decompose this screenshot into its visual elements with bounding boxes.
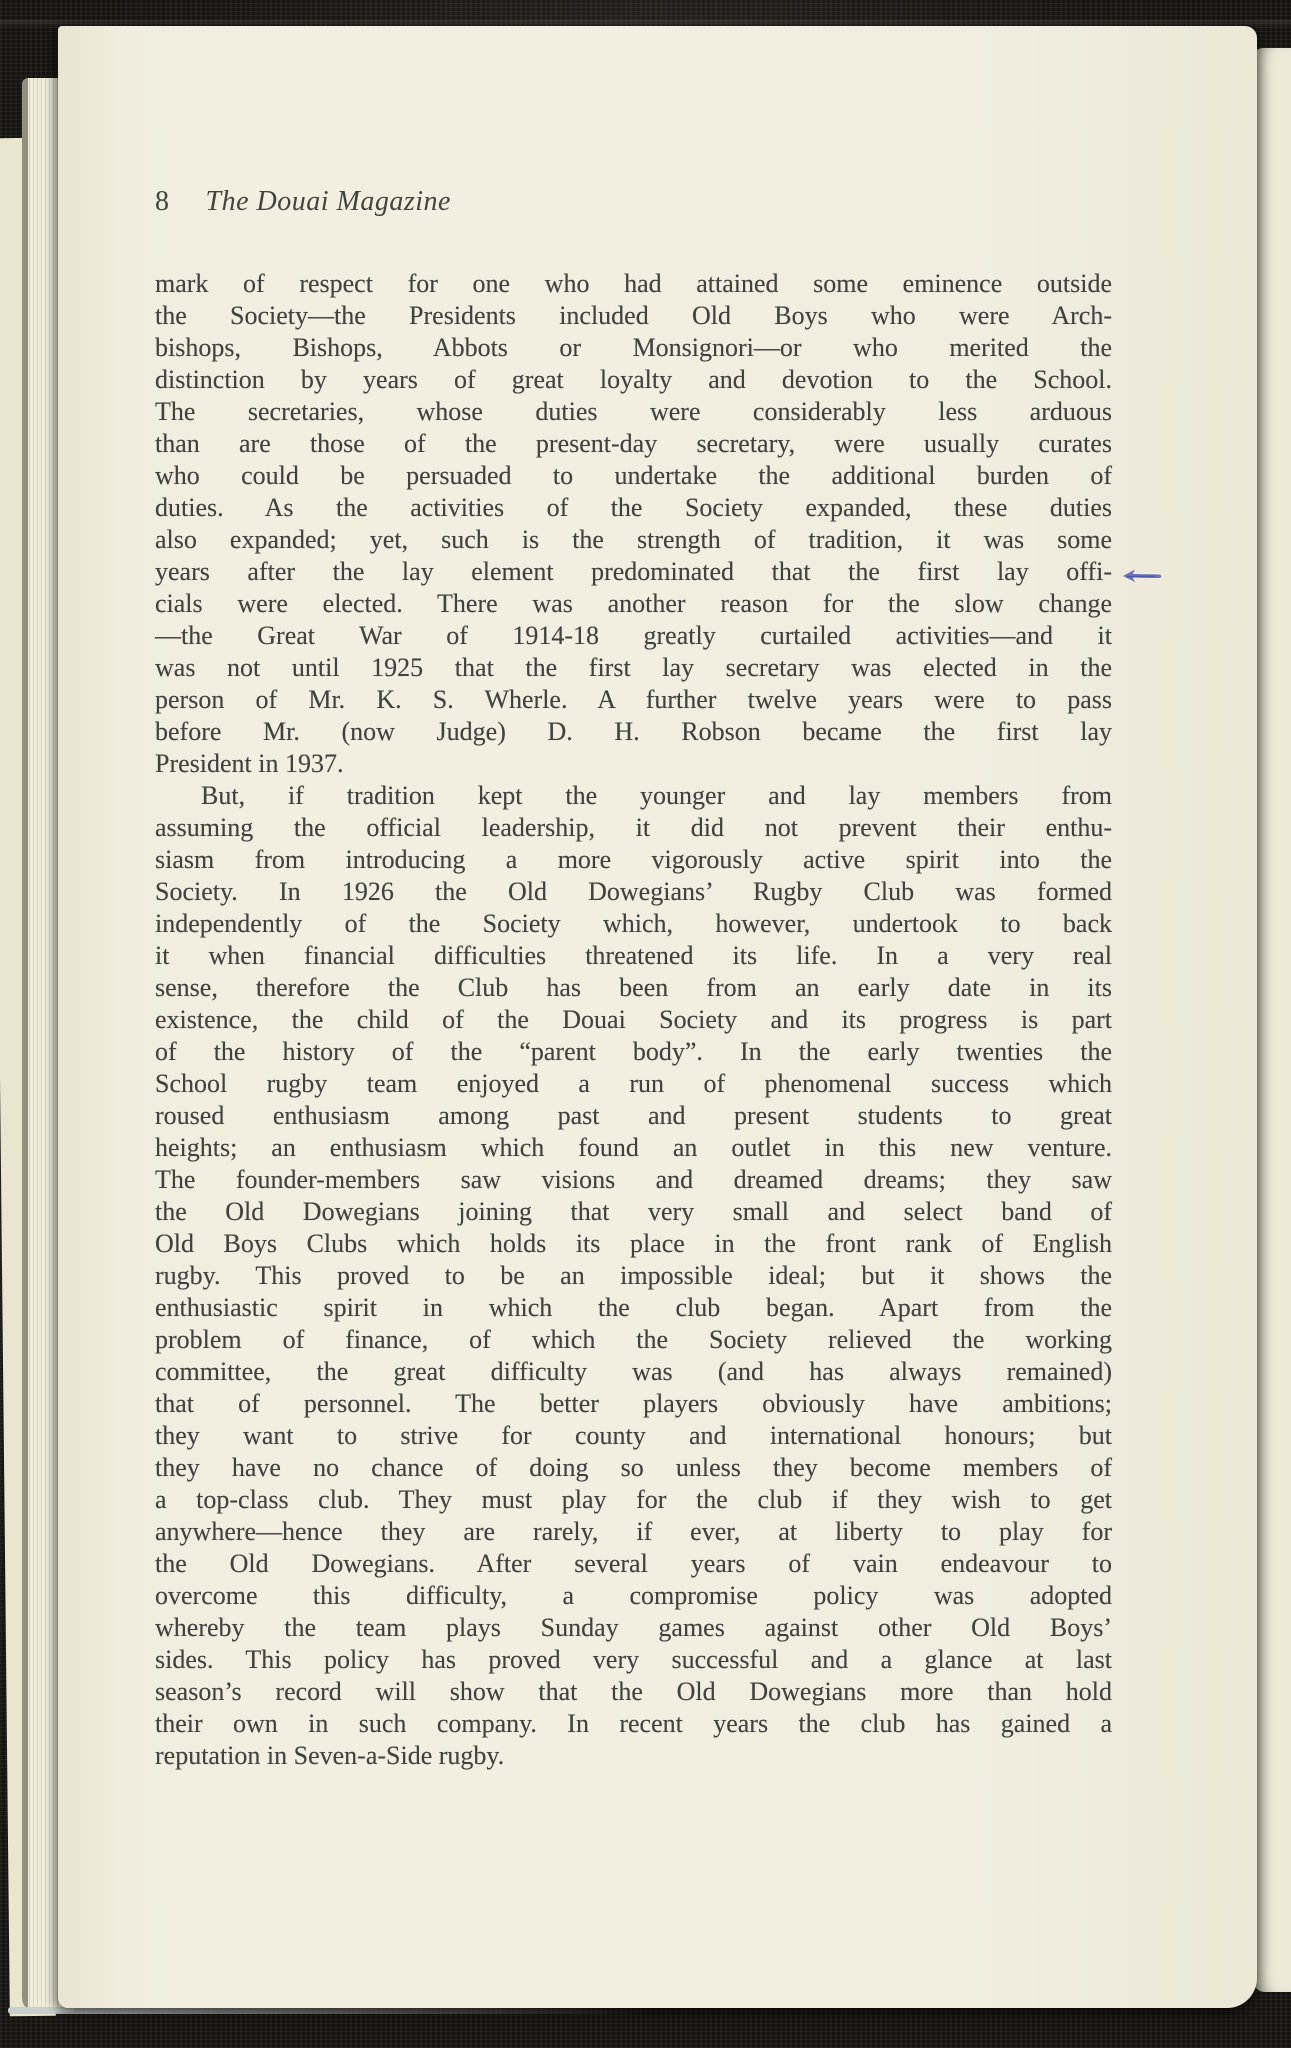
text-line: rugby. This proved to be an impossible i… xyxy=(155,1260,1112,1292)
page-body-text: mark of respect for one who had attained… xyxy=(155,268,1112,1772)
text-line: roused enthusiasm among past and present… xyxy=(155,1100,1112,1132)
text-line: person of Mr. K. S. Wherle. A further tw… xyxy=(155,684,1112,716)
text-line: Old Boys Clubs which holds its place in … xyxy=(155,1228,1112,1260)
text-line: it when financial difficulties threatene… xyxy=(155,940,1112,972)
text-line: sense, therefore the Club has been from … xyxy=(155,972,1112,1004)
text-line: they have no chance of doing so unless t… xyxy=(155,1452,1112,1484)
book-page: 8The Douai Magazine mark of respect for … xyxy=(58,26,1257,2008)
text-line: —the Great War of 1914-18 greatly curtai… xyxy=(155,620,1112,652)
text-line: of the history of the “parent body”. In … xyxy=(155,1036,1112,1068)
text-line: also expanded; yet, such is the strength… xyxy=(155,524,1112,556)
text-line: duties. As the activities of the Society… xyxy=(155,492,1112,524)
page-title: The Douai Magazine xyxy=(206,186,451,217)
text-line: who could be persuaded to undertake the … xyxy=(155,460,1112,492)
text-line: a top-class club. They must play for the… xyxy=(155,1484,1112,1516)
text-line: the Old Dowegians. After several years o… xyxy=(155,1548,1112,1580)
text-line: cials were elected. There was another re… xyxy=(155,588,1112,620)
text-line: The founder-members saw visions and drea… xyxy=(155,1164,1112,1196)
text-line: mark of respect for one who had attained… xyxy=(155,268,1112,300)
text-line: season’s record will show that the Old D… xyxy=(155,1676,1112,1708)
text-line: overcome this difficulty, a compromise p… xyxy=(155,1580,1112,1612)
text-line: heights; an enthusiasm which found an ou… xyxy=(155,1132,1112,1164)
text-line: problem of finance, of which the Society… xyxy=(155,1324,1112,1356)
text-line: whereby the team plays Sunday games agai… xyxy=(155,1612,1112,1644)
text-line: existence, the child of the Douai Societ… xyxy=(155,1004,1112,1036)
text-line: distinction by years of great loyalty an… xyxy=(155,364,1112,396)
text-line: their own in such company. In recent yea… xyxy=(155,1708,1112,1740)
text-line: years after the lay element predominated… xyxy=(155,556,1112,588)
text-line: assuming the official leadership, it did… xyxy=(155,812,1112,844)
text-line: independently of the Society which, howe… xyxy=(155,908,1112,940)
blue-ink-arrow-mark xyxy=(1121,561,1167,579)
right-page-edges xyxy=(1253,48,1291,1992)
text-line: enthusiastic spirit in which the club be… xyxy=(155,1292,1112,1324)
text-line: the Old Dowegians joining that very smal… xyxy=(155,1196,1112,1228)
text-line: But, if tradition kept the younger and l… xyxy=(155,780,1112,812)
text-line: that of personnel. The better players ob… xyxy=(155,1388,1112,1420)
text-line: The secretaries, whose duties were consi… xyxy=(155,396,1112,428)
text-line: was not until 1925 that the first lay se… xyxy=(155,652,1112,684)
book-photo: 8The Douai Magazine mark of respect for … xyxy=(0,0,1291,2048)
text-line: bishops, Bishops, Abbots or Monsignori—o… xyxy=(155,332,1112,364)
text-line: anywhere—hence they are rarely, if ever,… xyxy=(155,1516,1112,1548)
page-header: 8The Douai Magazine xyxy=(155,186,451,218)
text-line: School rugby team enjoyed a run of pheno… xyxy=(155,1068,1112,1100)
text-line: President in 1937. xyxy=(155,748,1112,780)
text-line: siasm from introducing a more vigorously… xyxy=(155,844,1112,876)
page-number: 8 xyxy=(155,186,170,217)
text-line: reputation in Seven-a-Side rugby. xyxy=(155,1740,1112,1772)
text-line: committee, the great difficulty was (and… xyxy=(155,1356,1112,1388)
text-line: sides. This policy has proved very succe… xyxy=(155,1644,1112,1676)
text-line: the Society—the Presidents included Old … xyxy=(155,300,1112,332)
text-line: than are those of the present-day secret… xyxy=(155,428,1112,460)
page-bottom-highlight xyxy=(8,2007,648,2014)
text-line: Society. In 1926 the Old Dowegians’ Rugb… xyxy=(155,876,1112,908)
text-line: before Mr. (now Judge) D. H. Robson beca… xyxy=(155,716,1112,748)
text-line: they want to strive for county and inter… xyxy=(155,1420,1112,1452)
